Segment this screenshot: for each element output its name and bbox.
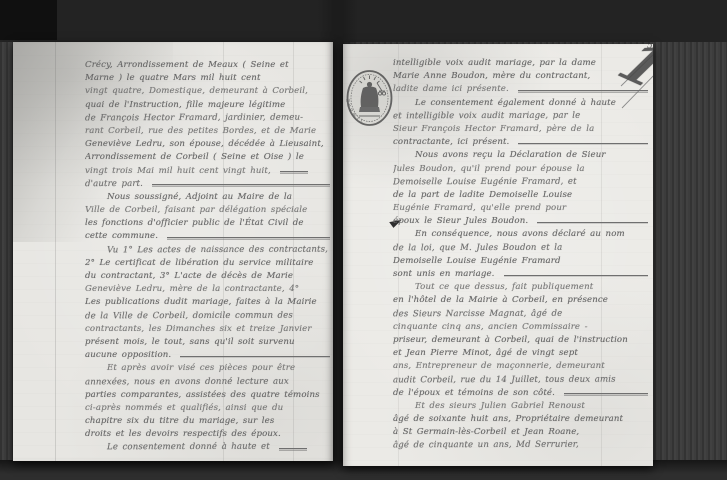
manuscript-line-text: à St Germain-lès-Corbeil et Jean Roane, bbox=[393, 426, 579, 439]
manuscript-line-text: ans, Entrepreneur de maçonnerie, demeura… bbox=[393, 360, 605, 373]
manuscript-line: âgé de cinquante un ans, Md Serrurier, bbox=[393, 439, 651, 452]
manuscript-line-text: âgé de cinquante un ans, Md Serrurier, bbox=[393, 439, 579, 453]
manuscript-line: Demoiselle Louise Eugénie Framard, et bbox=[393, 176, 651, 189]
folio-corner-mark: 5 bbox=[647, 44, 653, 51]
manuscript-line-text: Crécy, Arrondissement de Meaux ( Seine e… bbox=[85, 59, 289, 72]
manuscript-line: de l'époux et témoins de son côté. bbox=[393, 387, 651, 400]
manuscript-line-text: les fonctions d'officier public de l'Éta… bbox=[85, 217, 304, 230]
paragraph-end-rule bbox=[564, 393, 648, 395]
manuscript-line-text: Demoiselle Louise Eugénie Framard, et bbox=[393, 175, 577, 189]
manuscript-line-text: Ville de Corbeil, faisant par délégation… bbox=[85, 204, 307, 217]
manuscript-line-text: chapitre six du titre du mariage, sur le… bbox=[85, 415, 274, 428]
manuscript-line-text: annexées, nous en avons donné lecture au… bbox=[85, 375, 289, 389]
manuscript-line-text: de l'époux et témoins de son côté. bbox=[393, 387, 555, 400]
manuscript-line: Demoiselle Louise Eugénie Framard bbox=[393, 255, 651, 268]
manuscript-line-text: Le consentement également donné à haute bbox=[415, 97, 616, 110]
manuscript-line: Et après avoir visé ces pièces pour être bbox=[85, 362, 333, 375]
manuscript-line: sont unis en mariage. bbox=[393, 268, 651, 281]
manuscript-line-text: Tout ce que dessus, fait publiquement bbox=[415, 281, 593, 294]
manuscript-line: vingt quatre, Domestique, demeurant à Co… bbox=[85, 85, 333, 98]
manuscript-line: Le consentement donné à haute et bbox=[85, 441, 333, 454]
manuscript-line: Nous avons reçu la Déclaration de Sieur bbox=[393, 149, 651, 162]
paragraph-end-rule bbox=[167, 237, 330, 239]
manuscript-line: cinquante cinq ans, ancien Commissaire - bbox=[393, 321, 651, 334]
manuscript-line-text: de la Ville de Corbeil, domicile commun … bbox=[85, 309, 293, 323]
manuscript-line: cette commune. bbox=[85, 230, 333, 243]
margin-crease-line bbox=[55, 42, 56, 461]
manuscript-line: âgé de soixante huit ans, Propriétaire d… bbox=[393, 413, 651, 426]
manuscript-line: intelligible voix audit mariage, par la … bbox=[393, 57, 651, 70]
manuscript-line-text: audit Corbeil, rue du 14 Juillet, tous d… bbox=[393, 373, 616, 387]
manuscript-line: du contractant, 3° L'acte de décès de Ma… bbox=[85, 270, 333, 283]
manuscript-line-text: Marne ) le quatre Mars mil huit cent bbox=[85, 72, 261, 85]
manuscript-line-text: quai de l'Instruction, fille majeure lég… bbox=[85, 99, 285, 112]
manuscript-line: de la loi, que M. Jules Boudon et la bbox=[393, 242, 651, 255]
manuscript-line: En conséquence, nous avons déclaré au no… bbox=[393, 228, 651, 241]
manuscript-line: présent mois, le tout, sans qu'il soit s… bbox=[85, 336, 333, 349]
manuscript-line: Tout ce que dessus, fait publiquement bbox=[393, 281, 651, 294]
register-page-left: Crécy, Arrondissement de Meaux ( Seine e… bbox=[13, 42, 333, 461]
manuscript-line: de la part de ladite Demoiselle Louise bbox=[393, 189, 651, 202]
manuscript-line: les fonctions d'officier public de l'Éta… bbox=[85, 217, 333, 230]
manuscript-line: époux le Sieur Jules Boudon. bbox=[393, 215, 651, 228]
manuscript-line: Crécy, Arrondissement de Meaux ( Seine e… bbox=[85, 59, 333, 72]
manuscript-line-text: Geneviève Ledru, son épouse, décédée à L… bbox=[85, 138, 324, 151]
manuscript-line-text: ladite dame ici présente. bbox=[393, 83, 509, 96]
manuscript-line-text: âgé de soixante huit ans, Propriétaire d… bbox=[393, 413, 623, 426]
manuscript-line-text: et intelligible voix audit mariage, par … bbox=[393, 109, 580, 123]
manuscript-line: priseur, demeurant à Corbeil, quai de l'… bbox=[393, 334, 651, 347]
manuscript-line: Et des sieurs Julien Gabriel Renoust bbox=[393, 400, 651, 413]
manuscript-line: chapitre six du titre du mariage, sur le… bbox=[85, 415, 333, 428]
manuscript-line: Arrondissement de Corbeil ( Seine et Ois… bbox=[85, 151, 333, 164]
manuscript-line-text: ci-après nommés et qualifiés, ainsi que … bbox=[85, 402, 283, 415]
manuscript-line-text: Le consentement donné à haute et bbox=[107, 441, 270, 455]
manuscript-line-text: Eugénie Framard, qu'elle prend pour bbox=[393, 202, 566, 215]
manuscript-line-text: de François Hector Framard, jardinier, d… bbox=[85, 111, 303, 125]
manuscript-line-text: Geneviève Ledru, mère de la contractante… bbox=[85, 283, 299, 296]
manuscript-line: d'autre part. bbox=[85, 178, 333, 191]
manuscript-line-text: en l'hôtel de la Mairie à Corbeil, en pr… bbox=[393, 294, 608, 307]
manuscript-line-text: Sieur François Hector Framard, père de l… bbox=[393, 123, 594, 136]
manuscript-line-text: cinquante cinq ans, ancien Commissaire - bbox=[393, 321, 588, 334]
manuscript-line: contractants, les Dimanches six et treiz… bbox=[85, 323, 333, 336]
manuscript-line: Nous soussigné, Adjoint au Maire de la bbox=[85, 191, 333, 204]
manuscript-line-text: parties comparantes, assistées des quatr… bbox=[85, 389, 320, 402]
manuscript-line-text: Marie Anne Boudon, mère du contractant, bbox=[393, 70, 590, 83]
manuscript-line: de la Ville de Corbeil, domicile commun … bbox=[85, 310, 333, 323]
manuscript-line-text: de la part de ladite Demoiselle Louise bbox=[393, 189, 572, 202]
manuscript-line: de François Hector Framard, jardinier, d… bbox=[85, 112, 333, 125]
manuscript-line-text: et Jean Pierre Minot, âgé de vingt sept bbox=[393, 347, 578, 360]
manuscript-line-text: contractants, les Dimanches six et treiz… bbox=[85, 323, 312, 336]
manuscript-line-text: Et après avoir visé ces pièces pour être bbox=[107, 362, 295, 375]
manuscript-line-text: Les publications dudit mariage, faites à… bbox=[85, 296, 317, 309]
manuscript-line-text: En conséquence, nous avons déclaré au no… bbox=[415, 228, 625, 241]
paragraph-end-rule bbox=[180, 356, 330, 358]
manuscript-line: ci-après nommés et qualifiés, ainsi que … bbox=[85, 402, 333, 415]
manuscript-line: ans, Entrepreneur de maçonnerie, demeura… bbox=[393, 360, 651, 373]
manuscript-line-text: rant Corbeil, rue des petites Bordes, et… bbox=[85, 125, 316, 138]
manuscript-line: droits et les devoirs respectifs des épo… bbox=[85, 428, 333, 441]
paragraph-end-rule bbox=[152, 184, 330, 186]
manuscript-line: Marne ) le quatre Mars mil huit cent bbox=[85, 72, 333, 85]
manuscript-line-text: sont unis en mariage. bbox=[393, 268, 495, 281]
manuscript-line-text: présent mois, le tout, sans qu'il soit s… bbox=[85, 336, 295, 349]
manuscript-line: Vu 1° Les actes de naissance des contrac… bbox=[85, 244, 333, 257]
register-page-right: TIMBRE 1 5 intelligible voix audit maria… bbox=[343, 44, 653, 466]
manuscript-line: aucune opposition. bbox=[85, 349, 333, 362]
manuscript-line-text: contractante, ici présent. bbox=[393, 136, 509, 149]
manuscript-text-block: intelligible voix audit mariage, par la … bbox=[393, 57, 651, 457]
manuscript-line: audit Corbeil, rue du 14 Juillet, tous d… bbox=[393, 374, 651, 387]
manuscript-line: quai de l'Instruction, fille majeure lég… bbox=[85, 99, 333, 112]
manuscript-line-text: intelligible voix audit mariage, par la … bbox=[393, 57, 596, 70]
scanner-top-band bbox=[0, 0, 727, 42]
scanner-corner-block bbox=[0, 0, 57, 40]
manuscript-line-text: cette commune. bbox=[85, 230, 158, 243]
manuscript-line: et Jean Pierre Minot, âgé de vingt sept bbox=[393, 347, 651, 360]
manuscript-line-text: droits et les devoirs respectifs des épo… bbox=[85, 428, 281, 441]
manuscript-line-text: du contractant, 3° L'acte de décès de Ma… bbox=[85, 270, 293, 283]
manuscript-line-text: vingt trois Mai mil huit cent vingt huit… bbox=[85, 165, 271, 178]
manuscript-line-text: époux le Sieur Jules Boudon. bbox=[393, 215, 528, 228]
paragraph-end-rule bbox=[537, 222, 648, 224]
manuscript-line-text: Jules Boudon, qu'il prend pour épouse la bbox=[393, 163, 585, 176]
paragraph-end-rule bbox=[504, 275, 648, 277]
manuscript-line-text: des Sieurs Narcisse Magnat, âgé de bbox=[393, 307, 562, 321]
manuscript-line-text: d'autre part. bbox=[85, 178, 143, 191]
manuscript-line: parties comparantes, assistées des quatr… bbox=[85, 389, 333, 402]
manuscript-line: rant Corbeil, rue des petites Bordes, et… bbox=[85, 125, 333, 138]
manuscript-line-text: 2° Le certificat de libération du servic… bbox=[85, 257, 313, 270]
manuscript-line: Les publications dudit mariage, faites à… bbox=[85, 296, 333, 309]
manuscript-line: Geneviève Ledru, son épouse, décédée à L… bbox=[85, 138, 333, 151]
manuscript-line: des Sieurs Narcisse Magnat, âgé de bbox=[393, 308, 651, 321]
manuscript-line: et intelligible voix audit mariage, par … bbox=[393, 110, 651, 123]
manuscript-line: annexées, nous en avons donné lecture au… bbox=[85, 376, 333, 389]
paragraph-end-rule bbox=[518, 143, 648, 145]
paragraph-end-rule bbox=[279, 448, 307, 450]
paragraph-end-rule bbox=[280, 171, 308, 173]
manuscript-line: Ville de Corbeil, faisant par délégation… bbox=[85, 204, 333, 217]
manuscript-line: Le consentement également donné à haute bbox=[393, 97, 651, 110]
manuscript-line-text: Nous soussigné, Adjoint au Maire de la bbox=[107, 191, 292, 204]
manuscript-line-text: aucune opposition. bbox=[85, 349, 171, 362]
manuscript-line: Eugénie Framard, qu'elle prend pour bbox=[393, 202, 651, 215]
manuscript-line: Jules Boudon, qu'il prend pour épouse la bbox=[393, 163, 651, 176]
manuscript-line: contractante, ici présent. bbox=[393, 136, 651, 149]
manuscript-text-block: Crécy, Arrondissement de Meaux ( Seine e… bbox=[85, 59, 333, 455]
paragraph-end-rule bbox=[518, 90, 648, 92]
revenue-stamp-icon: TIMBRE bbox=[346, 70, 393, 126]
manuscript-line: ladite dame ici présente. bbox=[393, 83, 651, 96]
manuscript-line: à St Germain-lès-Corbeil et Jean Roane, bbox=[393, 426, 651, 439]
manuscript-line: Sieur François Hector Framard, père de l… bbox=[393, 123, 651, 136]
manuscript-line-text: Arrondissement de Corbeil ( Seine et Ois… bbox=[85, 151, 304, 164]
manuscript-line-text: Demoiselle Louise Eugénie Framard bbox=[393, 255, 561, 268]
manuscript-line: Geneviève Ledru, mère de la contractante… bbox=[85, 283, 333, 296]
manuscript-line: en l'hôtel de la Mairie à Corbeil, en pr… bbox=[393, 294, 651, 307]
manuscript-line: vingt trois Mai mil huit cent vingt huit… bbox=[85, 165, 333, 178]
register-scan: Crécy, Arrondissement de Meaux ( Seine e… bbox=[0, 0, 727, 480]
manuscript-line-text: priseur, demeurant à Corbeil, quai de l'… bbox=[393, 334, 628, 347]
manuscript-line: 2° Le certificat de libération du servic… bbox=[85, 257, 333, 270]
manuscript-line-text: Nous avons reçu la Déclaration de Sieur bbox=[415, 149, 606, 162]
manuscript-line-text: Et des sieurs Julien Gabriel Renoust bbox=[415, 400, 585, 413]
manuscript-line-text: Vu 1° Les actes de naissance des contrac… bbox=[107, 243, 328, 257]
manuscript-line-text: de la loi, que M. Jules Boudon et la bbox=[393, 241, 562, 255]
manuscript-line-text: vingt quatre, Domestique, demeurant à Co… bbox=[85, 85, 308, 98]
manuscript-line: Marie Anne Boudon, mère du contractant, bbox=[393, 70, 651, 83]
